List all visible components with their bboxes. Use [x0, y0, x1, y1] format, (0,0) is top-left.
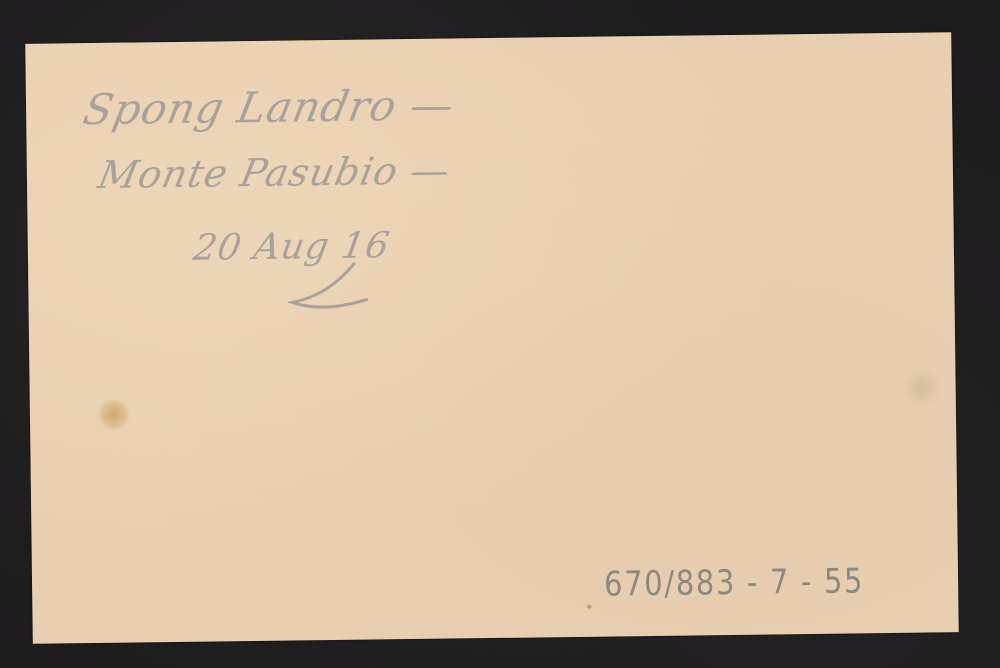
handwritten-location-line-2: Monte Pasubio —: [95, 148, 455, 197]
paper-smudge: [901, 367, 941, 407]
ink-dot: [587, 605, 591, 609]
paper-stain: [98, 400, 130, 430]
handwritten-flourish: [284, 261, 375, 312]
catalog-number: 670/883 - 7 - 55: [604, 561, 865, 604]
postcard: Spong Landro — Monte Pasubio — 20 Aug 16…: [25, 32, 958, 644]
handwritten-location-line-1: Spong Landro —: [79, 80, 459, 134]
